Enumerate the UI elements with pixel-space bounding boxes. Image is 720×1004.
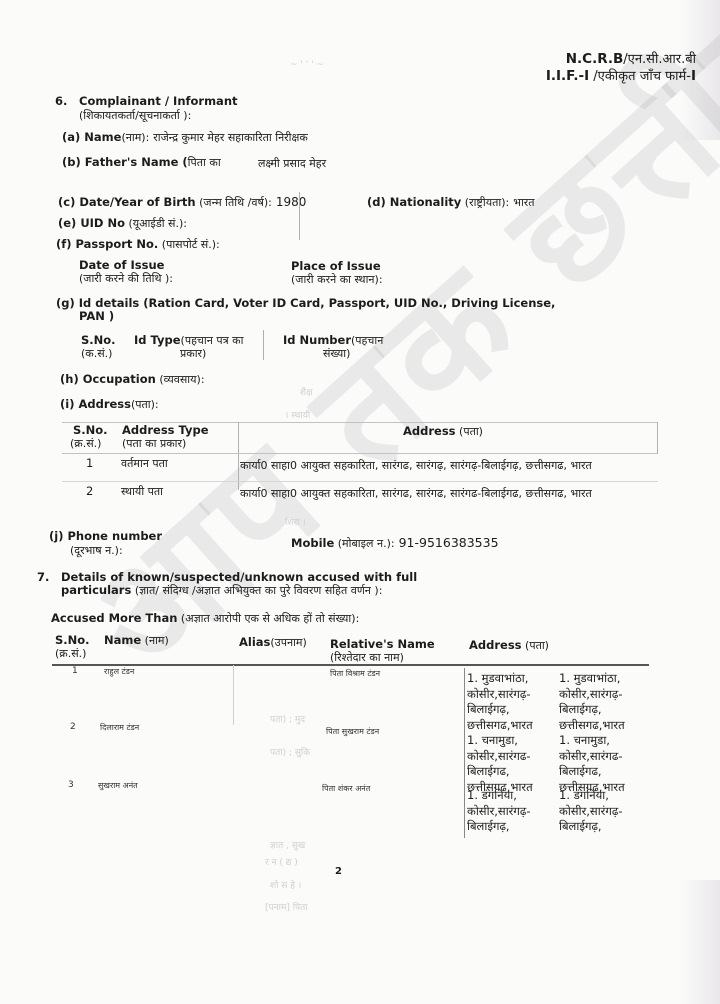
phone-label-hi: (दूरभाष न.): — [70, 543, 123, 558]
acc-col-name-hi: (नाम) — [141, 634, 169, 647]
bleed-through: र न ( द्य ) — [265, 855, 298, 868]
divider — [263, 330, 264, 360]
section-6-number: 6. — [55, 94, 67, 108]
more-than-label-hi: (अज्ञात आरोपी एक से अधिक हों तो संख्या): — [177, 612, 359, 625]
accused-address-1: 1. मुडवाभांठा, कोसीर,सारंगढ़-बिलाईगढ़, छ… — [467, 671, 559, 733]
bleed-through: पता) ; मुद — [270, 712, 305, 725]
divider — [464, 668, 465, 838]
acc-col-address-hi: (पता) — [522, 639, 549, 652]
dob-value: 1980 — [276, 195, 307, 209]
id-details-label: (g) Id details (Ration Card, Voter ID Ca… — [56, 296, 555, 310]
table-border — [62, 453, 658, 454]
table-border — [52, 664, 649, 666]
more-than-label: Accused More Than — [51, 611, 177, 625]
section-7-title: Details of known/suspected/unknown accus… — [61, 570, 417, 584]
acc-col-sno: S.No. — [55, 633, 90, 647]
date-of-issue-label-hi: (जारी करने की तिथि ): — [79, 271, 173, 286]
acc-col-alias-hi: (उपनाम) — [270, 636, 306, 649]
accused-sno: 2 — [70, 722, 76, 732]
mobile-label: Mobile — [291, 536, 334, 550]
iif-en: I.I.F.-I — [546, 68, 589, 84]
bleed-through: । स्थायी — [285, 408, 310, 421]
iif-hi: /एकीकृत जाँच फार्म- — [589, 69, 691, 84]
addr-col-address-en: Address — [403, 424, 456, 438]
scan-shadow-bottom — [680, 880, 720, 1004]
accused-relative: पिता शंकर अनंत — [322, 783, 370, 794]
accused-name: सुखराम अनंत — [98, 780, 138, 791]
addr-col-sno-hi: (क्र.सं.) — [70, 436, 101, 451]
place-of-issue-label-hi: (जारी करने का स्थान): — [291, 272, 383, 287]
addr-sno: 1 — [86, 456, 93, 470]
name-label-hi: (नाम): — [121, 131, 149, 144]
acc-col-name: Name (नाम) — [104, 633, 169, 648]
addr-type: स्थायी पता — [121, 484, 163, 499]
accused-sno: 1 — [72, 666, 78, 676]
id-col-sno-hi: (क.सं.) — [81, 346, 112, 361]
complainant-name-value: राजेन्द्र कुमार मेहर सहाकारिता निरीक्षक — [153, 131, 308, 144]
ncrb-hi: /एन.सी.आर.बी — [623, 52, 696, 67]
address-label-hi: (पता): — [131, 398, 159, 411]
bleed-through: शैक्ष — [300, 385, 313, 398]
passport-field: (f) Passport No. (पासपोर्ट सं.): — [56, 237, 220, 252]
acc-col-address: Address (पता) — [469, 638, 549, 653]
uid-label: (e) UID No — [58, 216, 125, 230]
form-header-iif: I.I.F.-I /एकीकृत जाँच फार्म-I — [546, 66, 696, 84]
id-col-type-hi-2: प्रकार) — [180, 346, 206, 361]
addr-col-type-hi: (पता का प्रकार) — [122, 436, 186, 451]
section-7-number: 7. — [37, 570, 49, 584]
passport-label: (f) Passport No. — [56, 237, 158, 251]
addr-text: कार्या0 साहा0 आयुक्त सहकारिता, सारंगढ, स… — [240, 486, 592, 501]
mobile-value: 91-9516383535 — [399, 535, 499, 550]
form-header-ncrb: N.C.R.B/एन.सी.आर.बी — [566, 49, 696, 67]
section-6-title: Complainant / Informant — [79, 94, 238, 108]
divider — [299, 192, 300, 240]
address-field: (i) Address(पता): — [60, 397, 159, 412]
bleed-through: शो स हे । — [270, 878, 301, 891]
divider — [657, 422, 658, 454]
occupation-field: (h) Occupation (व्यवसाय): — [60, 372, 205, 387]
bleed-through: ज्ञात , सुख — [270, 838, 305, 851]
id-col-number-hi: (पहचान — [351, 334, 383, 347]
dob-label-hi: (जन्म तिथि /वर्ष): — [196, 196, 272, 209]
name-label: (a) Name — [62, 130, 121, 144]
accused-more-than-field: Accused More Than (अज्ञात आरोपी एक से अध… — [51, 611, 359, 626]
address-label: (i) Address — [60, 397, 131, 411]
id-col-sno: S.No. — [81, 333, 116, 347]
complainant-name-field: (a) Name(नाम): राजेन्द्र कुमार मेहर सहाक… — [62, 130, 308, 145]
acc-col-name-en: Name — [104, 633, 141, 647]
occupation-label-hi: (व्यवसाय): — [156, 373, 205, 386]
passport-label-hi: (पासपोर्ट सं.): — [158, 238, 219, 251]
bleed-through: शिरा । — [285, 515, 306, 528]
acc-col-alias-en: Alias — [239, 635, 270, 649]
id-details-label-2: PAN ) — [79, 309, 114, 323]
nationality-value: भारत — [513, 196, 534, 209]
id-col-number-en: Id Number — [283, 333, 351, 347]
page-number: 2 — [335, 866, 342, 877]
father-name-field: (b) Father's Name (पिता का — [62, 155, 221, 170]
accused-name: दिलाराम टंडन — [100, 722, 139, 733]
acc-col-alias: Alias(उपनाम) — [239, 635, 307, 650]
father-label-hi: पिता का — [188, 156, 221, 169]
row-divider — [62, 481, 658, 482]
addr-type: वर्तमान पता — [121, 456, 168, 471]
id-col-type-en: Id Type — [134, 333, 181, 347]
acc-col-address-en: Address — [469, 638, 522, 652]
section-6-title-hi: (शिकायतकर्ता/सूचनाकर्ता ): — [79, 108, 191, 123]
addr-text: कार्या0 साहा0 आयुक्त सहकारिता, सारंगढ, स… — [240, 458, 592, 473]
section-7-title-hi: (ज्ञात/ संदिग्ध /अज्ञात अभियुक्त का पुरे… — [131, 584, 382, 597]
addr-sno: 2 — [86, 484, 93, 498]
ncrb-en: N.C.R.B — [566, 51, 624, 67]
uid-field: (e) UID No (यूआईडी सं.): — [58, 216, 187, 231]
divider — [238, 422, 239, 490]
bleed-through: पता) ; सुकि — [270, 745, 310, 758]
father-label: (b) Father's Name ( — [62, 155, 188, 169]
accused-address-2: 1. डंगनिया, कोसीर,सारंगढ़-बिलाईगढ़, — [559, 788, 651, 835]
uid-label-hi: (यूआईडी सं.): — [125, 217, 187, 230]
acc-col-relative: Relative's Name — [330, 637, 435, 651]
occupation-label: (h) Occupation — [60, 372, 156, 386]
divider — [233, 665, 234, 725]
id-col-number-hi-2: संख्या) — [323, 346, 350, 361]
nationality-field: (d) Nationality (राष्ट्रीयता): भारत — [367, 195, 535, 210]
acc-col-relative-hi: (रिश्तेदार का नाम) — [330, 650, 404, 665]
father-name-value: लक्ष्मी प्रसाद मेहर — [258, 156, 326, 171]
dob-label: (c) Date/Year of Birth — [58, 195, 196, 209]
accused-address-2: 1. चनामुडा, कोसीर,सारंगढ-बिलाईगढ, छत्तीस… — [559, 733, 651, 795]
bleed-through: [पनाम] पिता — [265, 900, 308, 913]
acc-col-sno-hi: (क्र.सं.) — [55, 646, 86, 661]
dob-field: (c) Date/Year of Birth (जन्म तिथि /वर्ष)… — [58, 195, 306, 210]
addr-col-address: Address (पता) — [403, 424, 483, 439]
accused-relative: पिता विश्राम टंडन — [330, 668, 380, 679]
addr-col-address-hi: (पता) — [456, 425, 483, 438]
section-7-title-en: particulars — [61, 583, 131, 597]
iif-suffix: I — [691, 68, 696, 84]
accused-name: राहुल टंडन — [104, 666, 134, 677]
addr-col-sno: S.No. — [73, 423, 108, 437]
nationality-label-hi: (राष्ट्रीयता): — [461, 196, 509, 209]
accused-address-2: 1. मुडवाभांठा, कोसीर,सारंगढ़-बिलाईगढ़, छ… — [559, 671, 651, 733]
accused-address-1: 1. चनामुडा, कोसीर,सारंगढ-बिलाईगढ, छत्तीस… — [467, 733, 559, 795]
phone-label: (j) Phone number — [49, 529, 162, 543]
place-of-issue-label: Place of Issue — [291, 259, 381, 273]
accused-sno: 3 — [68, 780, 74, 790]
section-7-title-2: particulars (ज्ञात/ संदिग्ध /अज्ञात अभिय… — [61, 583, 382, 598]
nationality-label: (d) Nationality — [367, 195, 461, 209]
date-of-issue-label: Date of Issue — [79, 258, 164, 272]
mobile-label-hi: (मोबाइल न.): — [334, 537, 394, 550]
bleed-through: ~ ' ' ' ~ — [290, 60, 324, 70]
addr-col-type: Address Type — [122, 423, 209, 437]
mobile-field: Mobile (मोबाइल न.): 91-9516383535 — [291, 535, 499, 551]
accused-address-1: 1. डंगनिया, कोसीर,सारंगढ़-बिलाईगढ़, — [467, 788, 559, 835]
accused-relative: पिता सुखराम टंडन — [326, 726, 379, 737]
